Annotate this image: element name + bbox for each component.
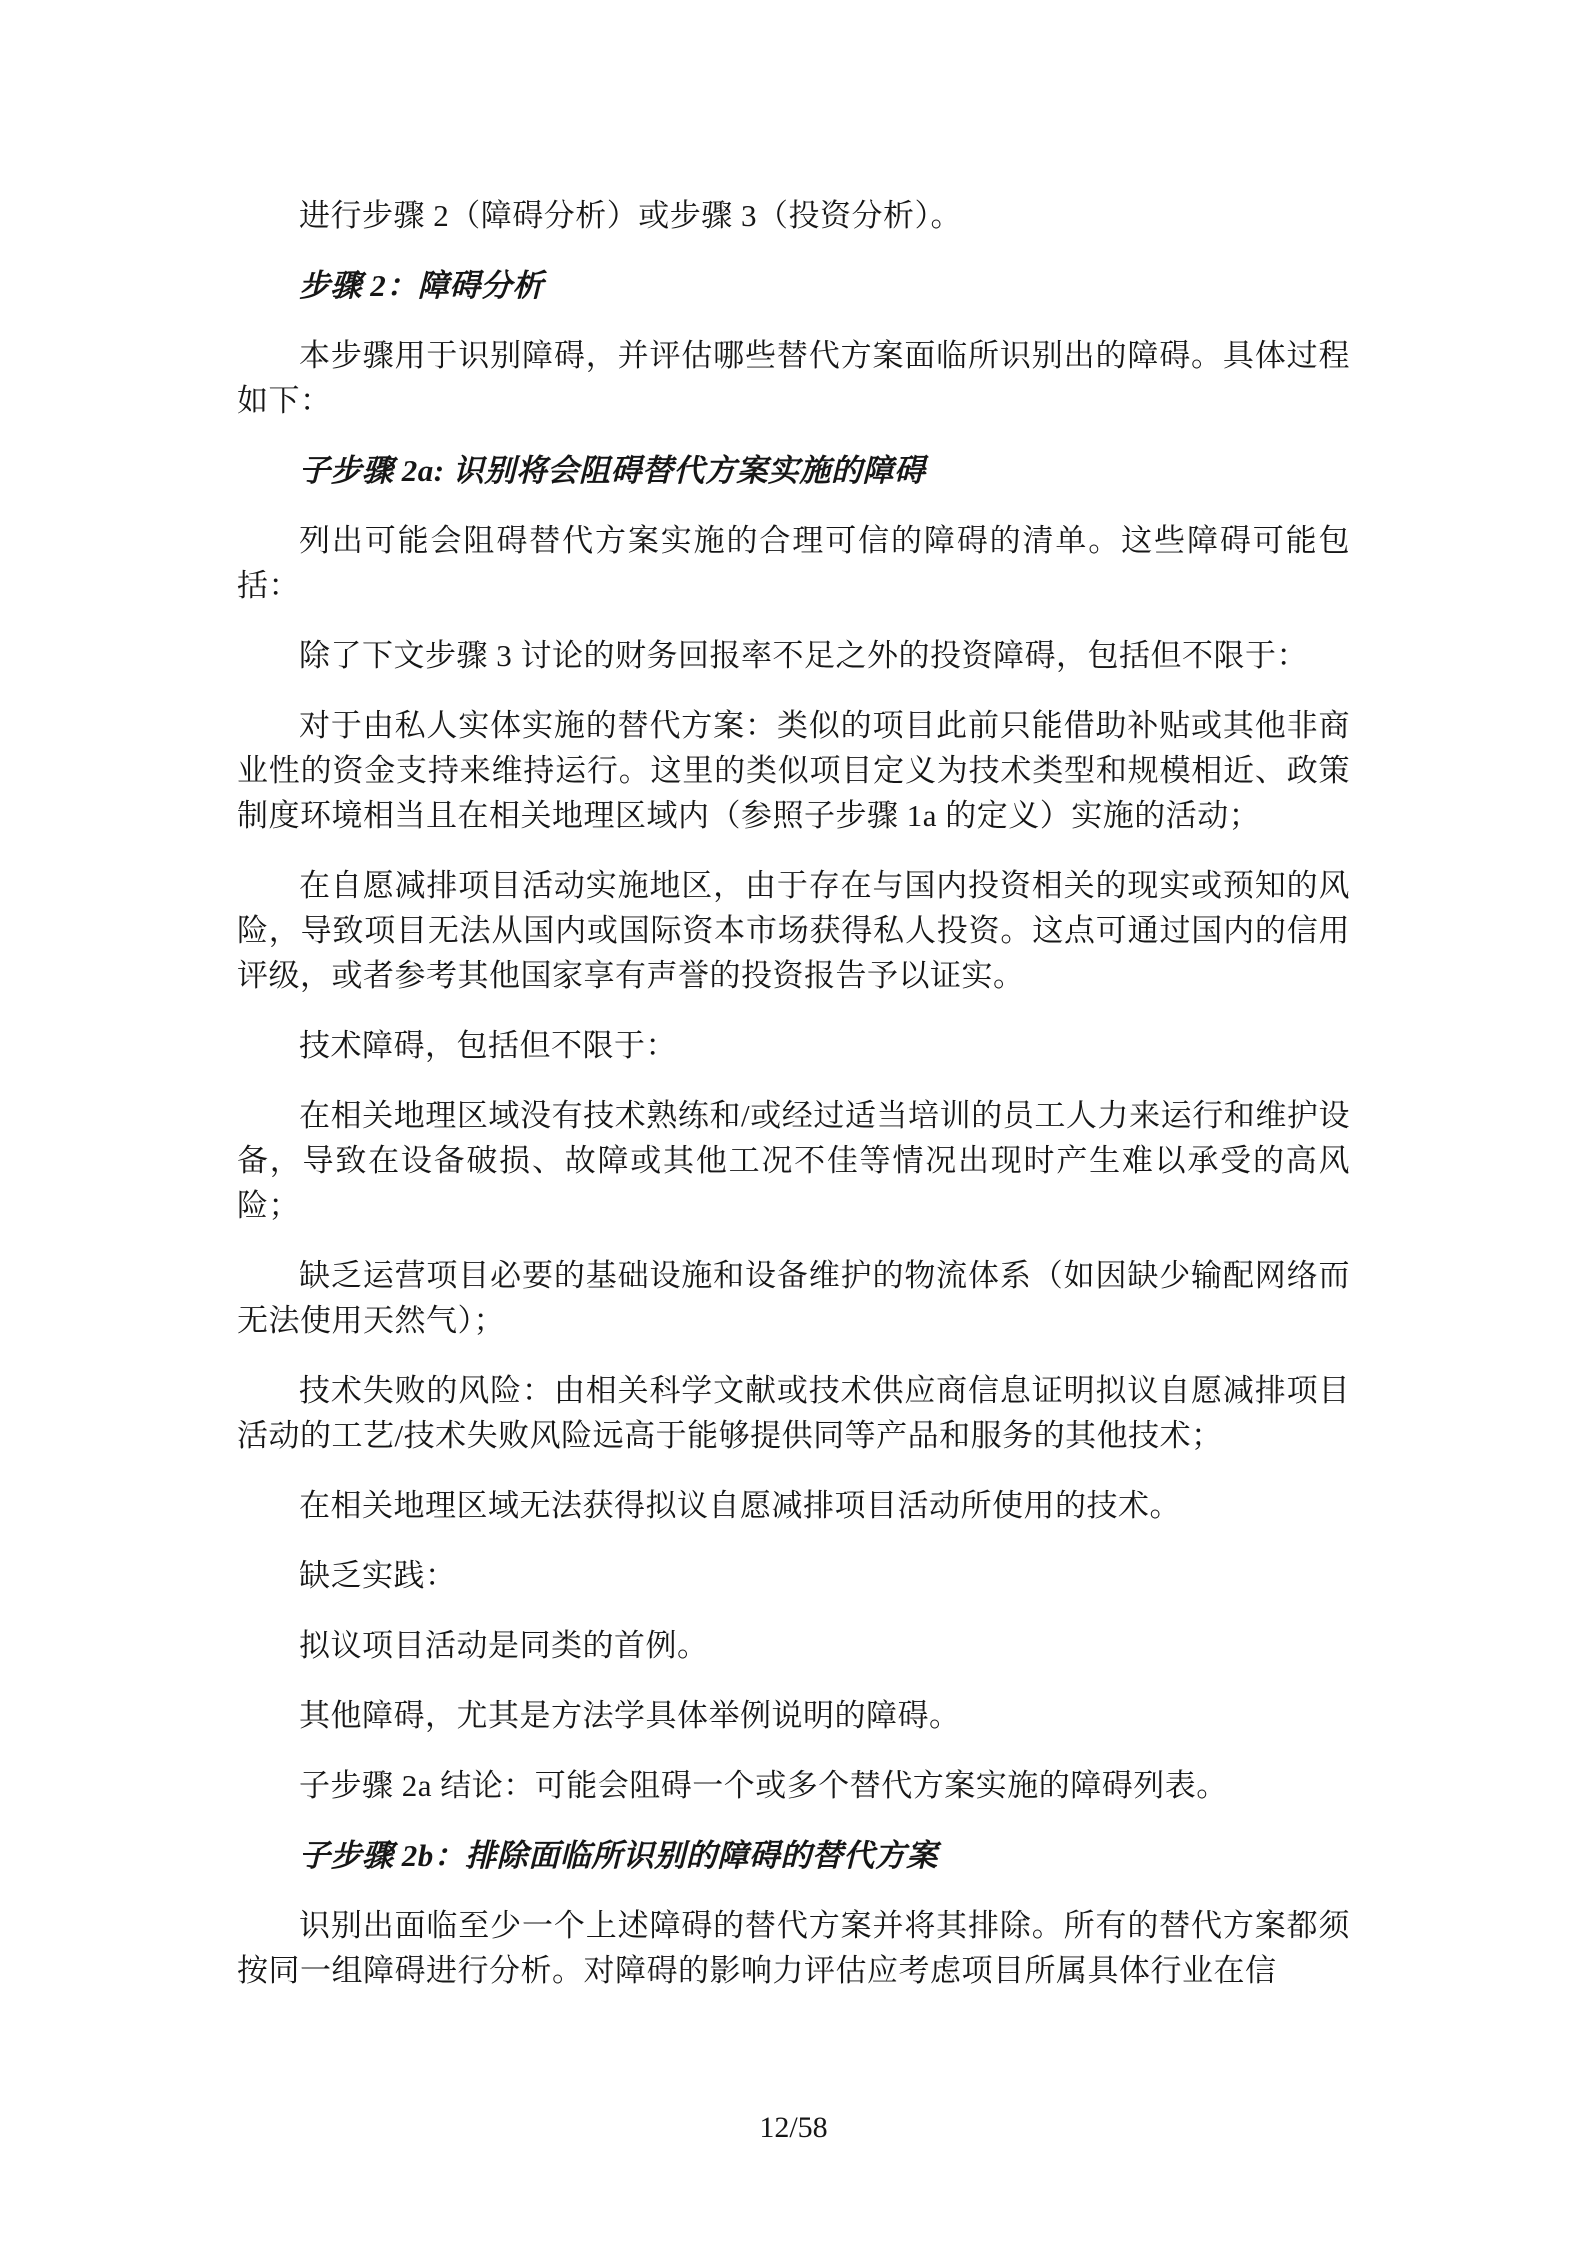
paragraph-infrastructure: 缺乏运营项目必要的基础设施和设备维护的物流体系（如因缺少输配网络而无法使用天然气… xyxy=(237,1253,1350,1343)
paragraph-proceed-to-step: 进行步骤 2（障碍分析）或步骤 3（投资分析）。 xyxy=(237,193,1350,238)
paragraph-skilled-labor: 在相关地理区域没有技术熟练和/或经过适当培训的员工人力来运行和维护设备，导致在设… xyxy=(237,1093,1350,1228)
paragraph-lack-of-practice: 缺乏实践： xyxy=(237,1553,1350,1598)
paragraph-other-barriers: 其他障碍，尤其是方法学具体举例说明的障碍。 xyxy=(237,1693,1350,1738)
paragraph-2a-conclusion: 子步骤 2a 结论：可能会阻碍一个或多个替代方案实施的障碍列表。 xyxy=(237,1763,1350,1808)
document-body: 进行步骤 2（障碍分析）或步骤 3（投资分析）。 步骤 2：障碍分析 本步骤用于… xyxy=(237,193,1350,2018)
paragraph-step2-purpose: 本步骤用于识别障碍，并评估哪些替代方案面临所识别出的障碍。具体过程如下： xyxy=(237,333,1350,423)
heading-substep-2b: 子步骤 2b：排除面临所识别的障碍的替代方案 xyxy=(237,1833,1350,1878)
document-page: 进行步骤 2（障碍分析）或步骤 3（投资分析）。 步骤 2：障碍分析 本步骤用于… xyxy=(0,0,1587,2245)
paragraph-tech-failure-risk: 技术失败的风险：由相关科学文献或技术供应商信息证明拟议自愿减排项目活动的工艺/技… xyxy=(237,1368,1350,1458)
paragraph-barrier-list-intro: 列出可能会阻碍替代方案实施的合理可信的障碍的清单。这些障碍可能包括： xyxy=(237,518,1350,608)
paragraph-investment-barriers: 除了下文步骤 3 讨论的财务回报率不足之外的投资障碍，包括但不限于： xyxy=(237,633,1350,678)
paragraph-country-risk: 在自愿减排项目活动实施地区，由于存在与国内投资相关的现实或预知的风险，导致项目无… xyxy=(237,863,1350,998)
heading-step-2: 步骤 2：障碍分析 xyxy=(237,263,1350,308)
heading-substep-2a: 子步骤 2a: 识别将会阻碍替代方案实施的障碍 xyxy=(237,448,1350,493)
paragraph-first-of-its-kind: 拟议项目活动是同类的首例。 xyxy=(237,1623,1350,1668)
page-number: 12/58 xyxy=(0,2108,1587,2148)
paragraph-private-entities: 对于由私人实体实施的替代方案：类似的项目此前只能借助补贴或其他非商业性的资金支持… xyxy=(237,703,1350,838)
paragraph-tech-barriers-intro: 技术障碍，包括但不限于： xyxy=(237,1023,1350,1068)
paragraph-2b-eliminate: 识别出面临至少一个上述障碍的替代方案并将其排除。所有的替代方案都须按同一组障碍进… xyxy=(237,1903,1350,1993)
paragraph-tech-unavailable: 在相关地理区域无法获得拟议自愿减排项目活动所使用的技术。 xyxy=(237,1483,1350,1528)
